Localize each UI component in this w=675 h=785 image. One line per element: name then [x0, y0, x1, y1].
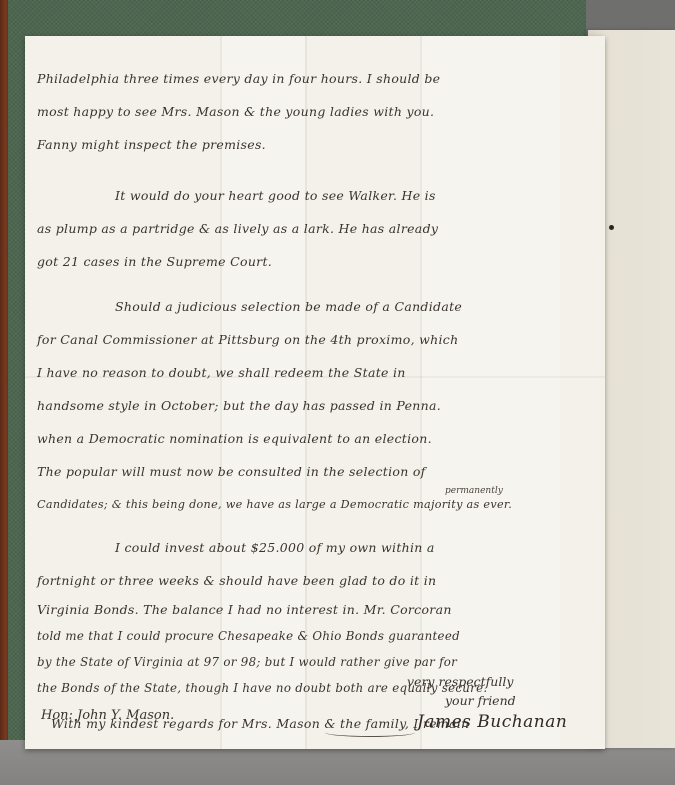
- letter-line: as plump as a partridge & as lively as a…: [37, 212, 597, 245]
- letter-line: [37, 521, 597, 531]
- letter-line: got 21 cases in the Supreme Court.: [37, 245, 597, 278]
- letter-line: Fanny might inspect the premises.: [37, 128, 597, 161]
- letter-line: told me that I could procure Chesapeake …: [37, 623, 597, 649]
- closing-line: very respectfully: [407, 674, 513, 689]
- signature: James Buchanan: [417, 712, 567, 732]
- letter-line: [37, 278, 597, 290]
- letter-line: Candidates; & this being done, we have a…: [37, 488, 597, 521]
- interlinear-insertion: permanently: [445, 486, 503, 496]
- letter-page: Philadelphia three times every day in fo…: [25, 36, 605, 749]
- letter-body: Philadelphia three times every day in fo…: [37, 62, 597, 740]
- letter-line: by the State of Virginia at 97 or 98; bu…: [37, 649, 597, 675]
- letter-line: It would do your heart good to see Walke…: [37, 179, 597, 212]
- signature-flourish: [325, 728, 415, 737]
- letter-line: I have no reason to doubt, we shall rede…: [37, 356, 597, 389]
- closing-line: your friend: [445, 693, 516, 708]
- letter-line: when a Democratic nomination is equivale…: [37, 422, 597, 455]
- letter-line: I could invest about $25.000 of my own w…: [37, 531, 597, 564]
- letter-line: The popular will must now be consulted i…: [37, 455, 597, 488]
- letter-line: most happy to see Mrs. Mason & the young…: [37, 95, 597, 128]
- letter-line: Should a judicious selection be made of …: [37, 290, 597, 323]
- letter-line: Philadelphia three times every day in fo…: [37, 62, 597, 95]
- letter-line: Virginia Bonds. The balance I had no int…: [37, 597, 597, 623]
- letter-line: handsome style in October; but the day h…: [37, 389, 597, 422]
- addressee-line: Hon: John Y. Mason.: [41, 708, 174, 723]
- letter-line: fortnight or three weeks & should have b…: [37, 564, 597, 597]
- letter-line: for Canal Commissioner at Pittsburg on t…: [37, 323, 597, 356]
- letter-line: [37, 161, 597, 179]
- ink-spot: [609, 225, 614, 230]
